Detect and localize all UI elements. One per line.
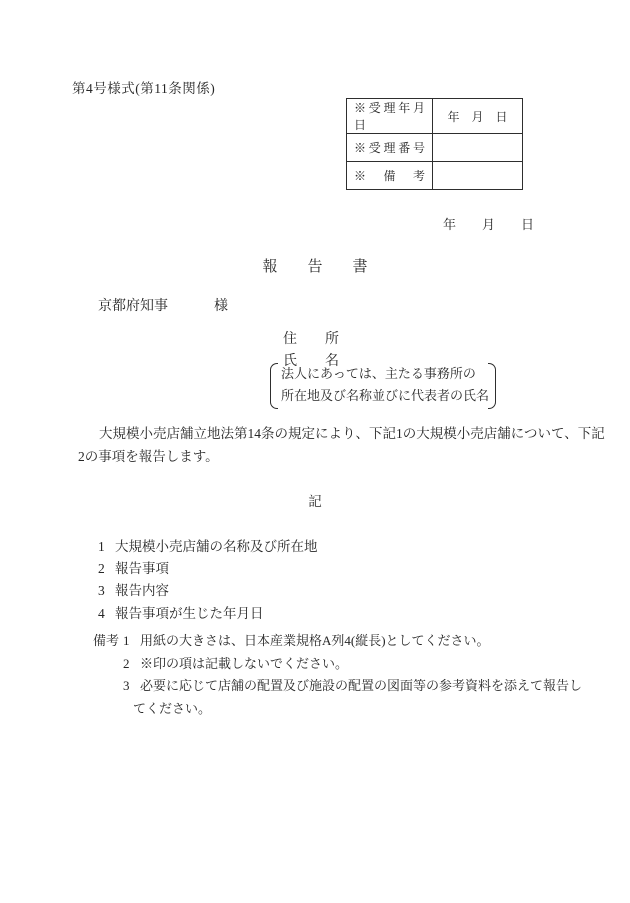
item-text: 報告事項が生じた年月日 <box>115 603 264 625</box>
remarks-item-text: ※印の項は記載しないでください。 <box>140 653 348 676</box>
addressee-honorific: 様 <box>214 299 228 314</box>
report-form-page: 第4号様式(第11条関係) ※受理年月日 年 月 日 ※受理番号 ※備考 年 月… <box>0 0 630 903</box>
corporate-note-line-1: 法人にあっては、主たる事務所の <box>281 363 489 385</box>
receipt-remarks-value <box>433 162 523 190</box>
item-number: 1 <box>98 536 115 558</box>
addressee: 京都府知事様 <box>98 295 228 315</box>
item-text: 大規模小売店舗の名称及び所在地 <box>115 536 318 558</box>
item-text: 報告事項 <box>115 558 169 580</box>
date-line: 年 月 日 <box>443 214 534 233</box>
remarks-continuation-text: てください。 <box>133 698 211 721</box>
receipt-row-remarks: ※備考 <box>347 162 523 190</box>
body-paragraph: 大規模小売店舗立地法第14条の規定により、下記1の大規模小売店舗について、下記 … <box>78 423 605 468</box>
item-number: 4 <box>98 603 115 625</box>
receipt-date-value: 年 月 日 <box>433 99 523 134</box>
corporate-note-bracket-right <box>488 363 496 409</box>
form-number: 第4号様式(第11条関係) <box>72 77 215 97</box>
corporate-note: 法人にあっては、主たる事務所の 所在地及び名称並びに代表者の氏名 <box>281 363 489 407</box>
remarks: 備考 1 用紙の大きさは、日本産業規格A列4(縦長)としてください。 2 ※印の… <box>93 630 582 720</box>
list-item: 1 大規模小売店舗の名称及び所在地 <box>98 536 318 558</box>
remarks-label-spacer <box>93 653 123 676</box>
receipt-date-label: ※受理年月日 <box>347 99 433 134</box>
addressee-name: 京都府知事 <box>98 299 168 314</box>
remarks-label-spacer <box>93 675 123 698</box>
item-number: 3 <box>98 580 115 602</box>
receipt-number-value <box>433 134 523 162</box>
remarks-item-number: 2 <box>123 653 140 676</box>
receipt-table: ※受理年月日 年 月 日 ※受理番号 ※備考 <box>346 98 523 190</box>
remarks-item-number: 1 <box>123 630 140 653</box>
report-items-list: 1 大規模小売店舗の名称及び所在地 2 報告事項 3 報告内容 4 報告事項が生… <box>98 536 318 625</box>
list-item: 2 報告事項 <box>98 558 318 580</box>
corporate-note-line-2: 所在地及び名称並びに代表者の氏名 <box>281 385 489 407</box>
item-number: 2 <box>98 558 115 580</box>
receipt-row-date: ※受理年月日 年 月 日 <box>347 99 523 134</box>
remarks-item-text: 必要に応じて店舗の配置及び施設の配置の図面等の参考資料を添えて報告し <box>140 675 582 698</box>
remarks-item: 2 ※印の項は記載しないでください。 <box>93 653 582 676</box>
address-label: 住 所 <box>283 329 339 351</box>
remarks-item-text: 用紙の大きさは、日本産業規格A列4(縦長)としてください。 <box>140 630 490 653</box>
body-line-2: 2の事項を報告します。 <box>78 446 605 469</box>
receipt-row-number: ※受理番号 <box>347 134 523 162</box>
item-text: 報告内容 <box>115 580 169 602</box>
remarks-continuation: てください。 <box>133 698 582 721</box>
list-item: 3 報告内容 <box>98 580 318 602</box>
remarks-item: 備考 1 用紙の大きさは、日本産業規格A列4(縦長)としてください。 <box>93 630 582 653</box>
receipt-remarks-label: ※備考 <box>347 162 433 190</box>
body-line-1: 大規模小売店舗立地法第14条の規定により、下記1の大規模小売店舗について、下記 <box>78 423 605 446</box>
list-item: 4 報告事項が生じた年月日 <box>98 603 318 625</box>
remarks-item: 3 必要に応じて店舗の配置及び施設の配置の図面等の参考資料を添えて報告し <box>93 675 582 698</box>
remarks-item-number: 3 <box>123 675 140 698</box>
remarks-label: 備考 <box>93 630 123 653</box>
corporate-note-bracket-left <box>270 363 278 409</box>
receipt-number-label: ※受理番号 <box>347 134 433 162</box>
report-title: 報 告 書 <box>0 255 630 276</box>
record-heading: 記 <box>0 490 630 510</box>
